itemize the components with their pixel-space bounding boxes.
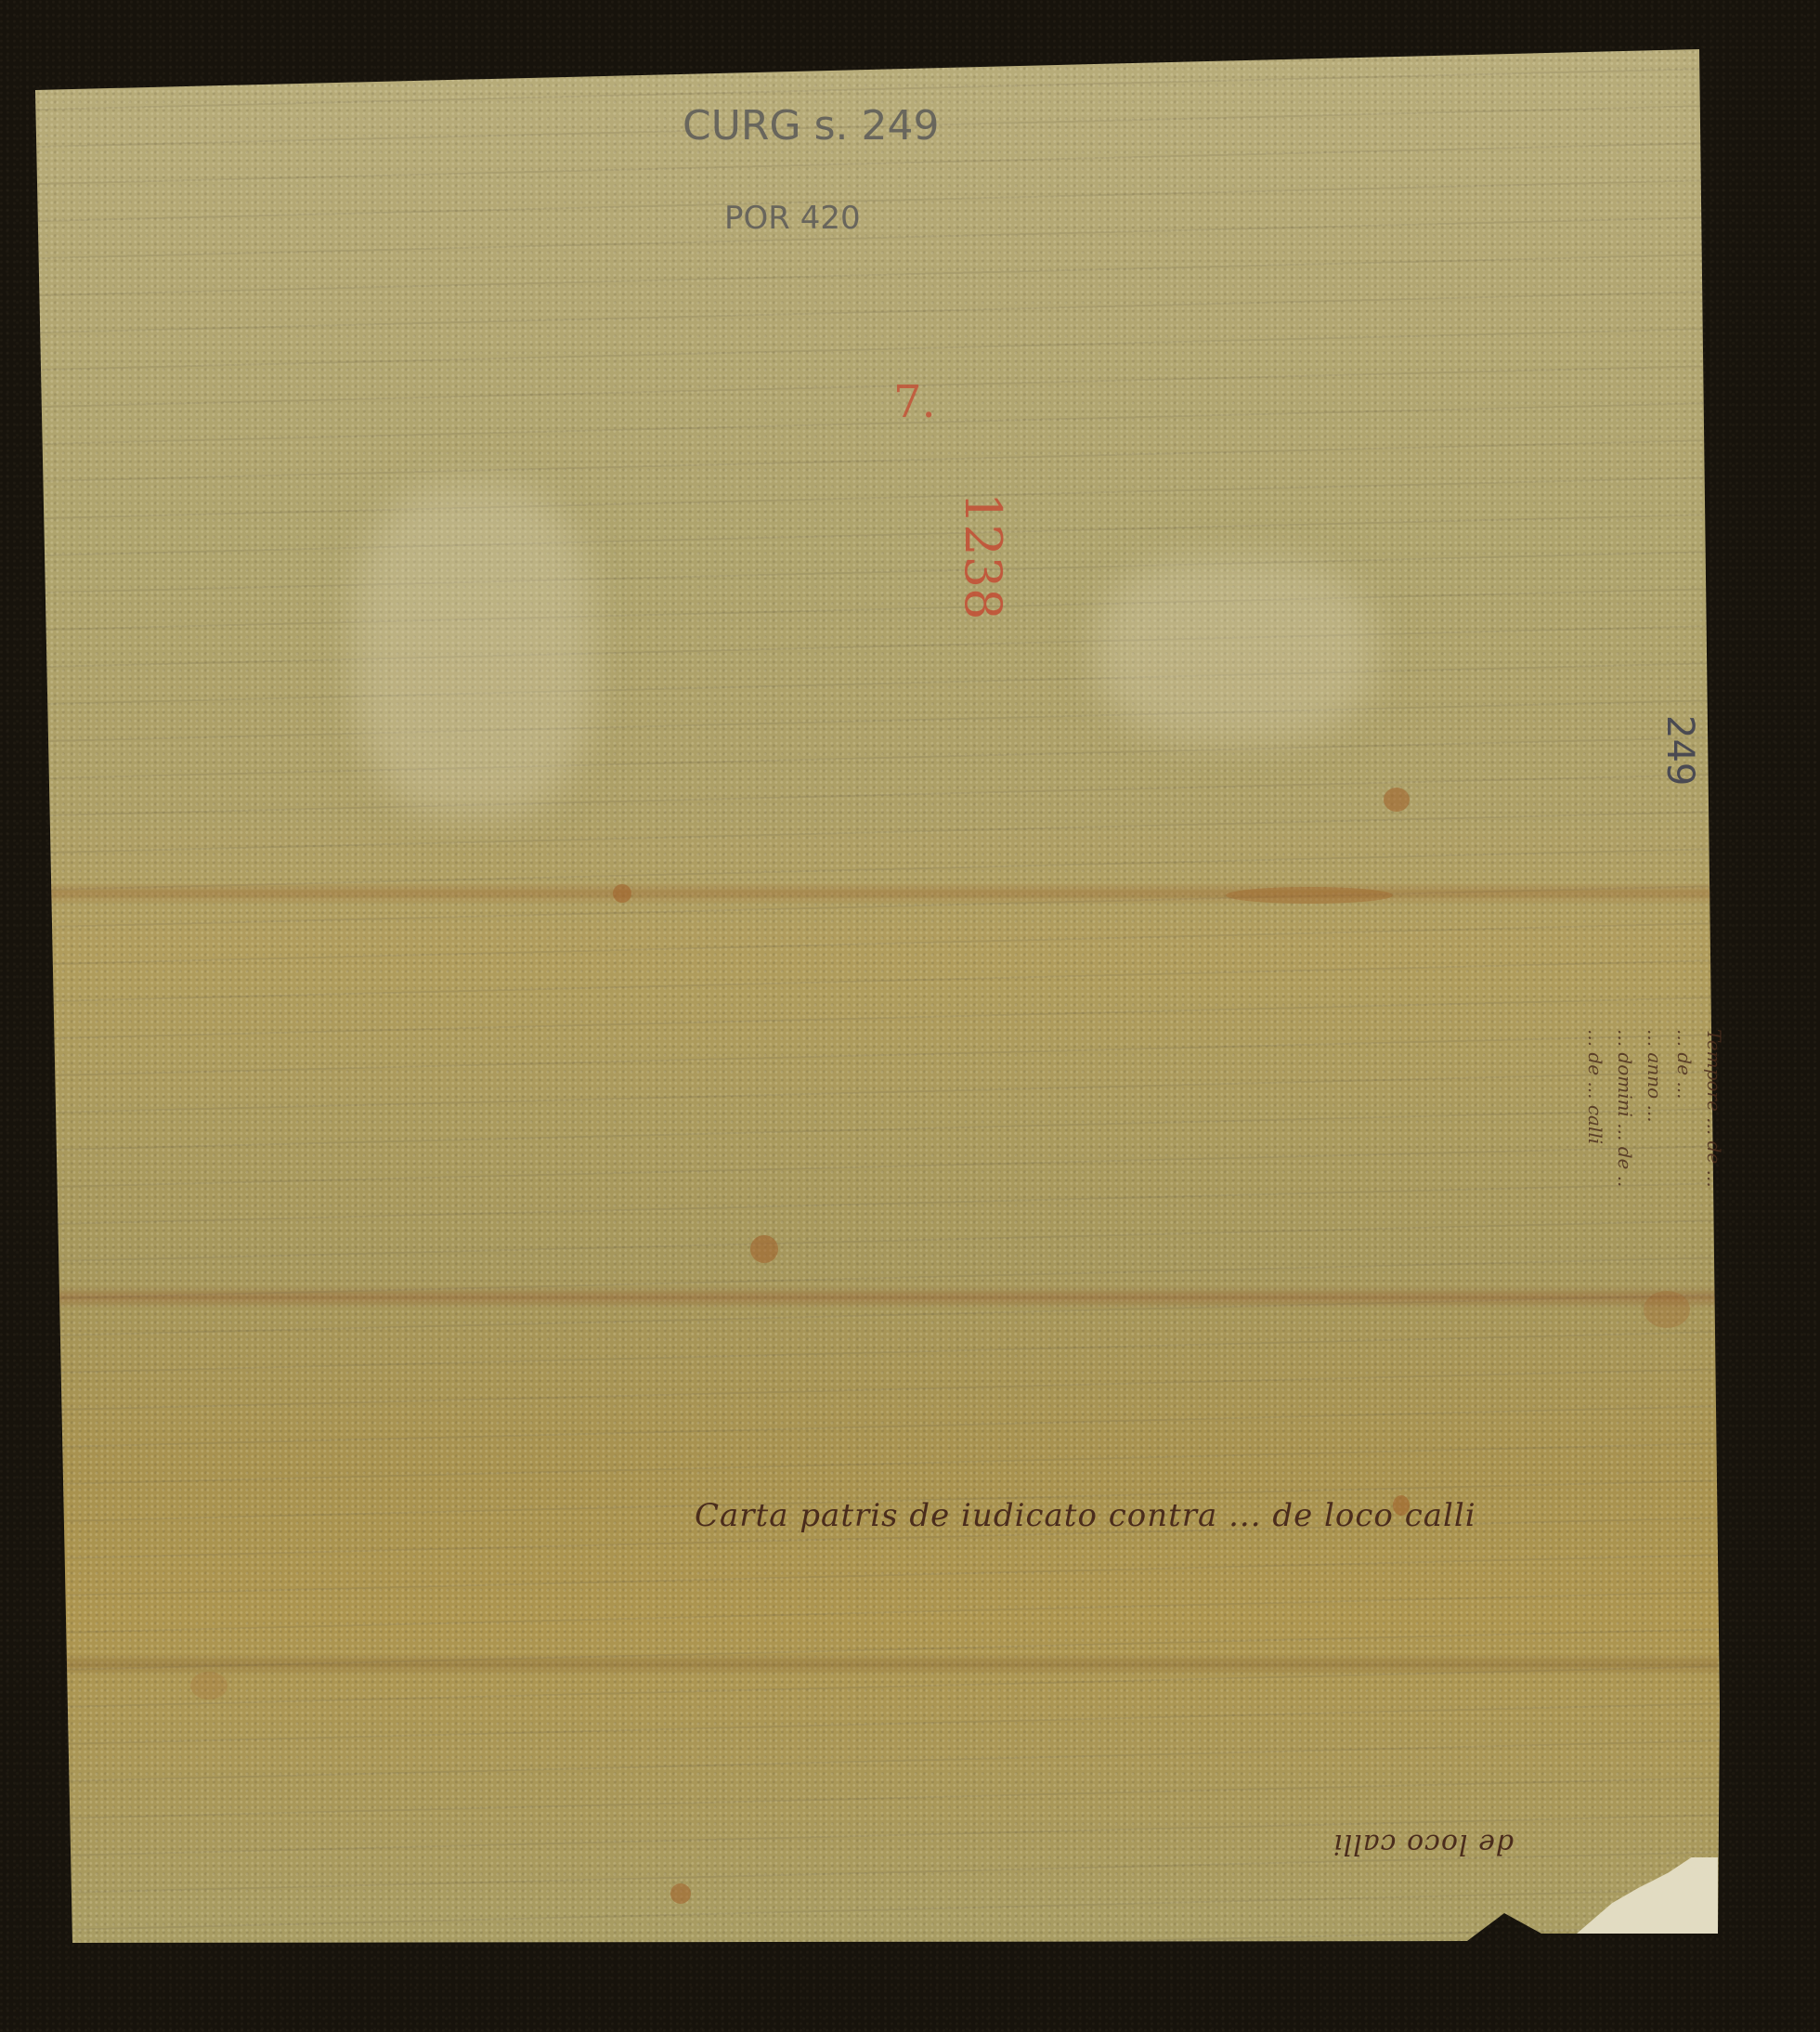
red-rotated-number: 1238 xyxy=(954,492,1012,619)
fold-crease xyxy=(37,1653,1718,1675)
red-mark: 7. xyxy=(893,376,936,428)
margin-note-line: ... domini ... de ... xyxy=(1614,1029,1636,1187)
worn-patch xyxy=(1096,557,1374,743)
stain xyxy=(750,1235,778,1263)
bottom-note: de loco calli xyxy=(1332,1828,1514,1860)
stain xyxy=(1226,887,1393,904)
worn-patch xyxy=(353,483,594,817)
pencil-shelfmark: CURG s. 249 xyxy=(682,102,939,150)
margin-note-line: Tempore ... de ... xyxy=(1703,1029,1725,1187)
fold-crease xyxy=(37,1286,1718,1309)
margin-note: Tempore ... de ... ... de ... ... anno .… xyxy=(1549,1029,1725,1187)
stain xyxy=(1644,1291,1690,1328)
margin-note-line: ... de ... xyxy=(1673,1029,1696,1187)
margin-note-line: ... anno ... xyxy=(1644,1029,1666,1187)
margin-note-line: ... de ... calli xyxy=(1584,1029,1606,1187)
dorsal-note: Carta patris de iudicato contra ... de l… xyxy=(695,1497,1476,1534)
pencil-shelfmark-secondary: POR 420 xyxy=(724,200,861,237)
stain xyxy=(190,1672,227,1700)
stain xyxy=(613,884,631,903)
stain xyxy=(670,1883,691,1904)
stain xyxy=(1384,788,1410,812)
side-number: 249 xyxy=(1658,715,1701,786)
torn-corner xyxy=(1541,1857,1718,1934)
parchment-sheet xyxy=(0,0,1820,2032)
fold-crease xyxy=(37,882,1718,905)
